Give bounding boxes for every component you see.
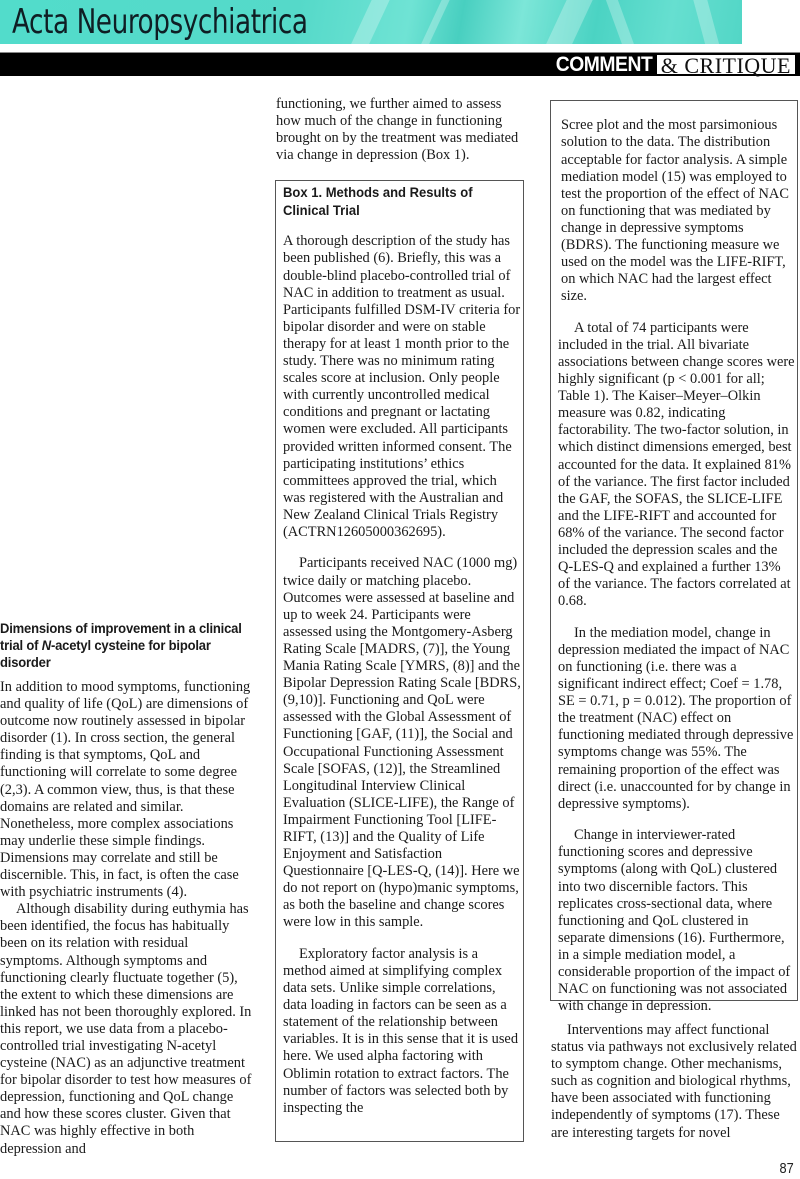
box-1-methods-results: Box 1. Methods and Results of Clinical T… [275, 180, 524, 1142]
article-title-italic: N [42, 637, 51, 653]
banner-texture [602, 0, 639, 44]
box-paragraph: A total of 74 participants were included… [558, 320, 796, 611]
banner-texture [414, 0, 455, 44]
box-1-continued-content: Scree plot and the most parsimonious sol… [558, 103, 796, 1030]
section-strip: COMMENT & CRITIQUE [0, 52, 800, 76]
column-left: Dimensions of improvement in a clinical … [0, 620, 252, 1158]
journal-title: Acta Neuropsychiatrica [12, 1, 308, 43]
box-paragraph: Scree plot and the most parsimonious sol… [558, 117, 796, 305]
box-paragraph: In the mediation model, change in depres… [558, 625, 796, 813]
section-label: COMMENT & CRITIQUE [547, 54, 796, 75]
body-paragraph: Although disability during euthymia has … [0, 901, 252, 1157]
body-paragraph: Interventions may affect functional stat… [551, 1022, 799, 1142]
page-number: 87 [780, 1160, 794, 1177]
column-middle-intro: functioning, we further aimed to assess … [276, 96, 526, 164]
banner-texture [691, 0, 724, 44]
box-title: Box 1. Methods and Results of Clinical T… [283, 183, 516, 219]
body-paragraph: In addition to mood symptoms, functionin… [0, 679, 252, 901]
journal-banner: Acta Neuropsychiatrica [0, 0, 742, 44]
column-right-tail: Interventions may affect functional stat… [551, 1022, 799, 1142]
box-paragraph: Change in interviewer-rated functioning … [558, 827, 796, 1015]
body-paragraph: functioning, we further aimed to assess … [276, 96, 526, 164]
box-paragraph: Participants received NAC (1000 mg) twic… [283, 555, 521, 931]
box-paragraph: Exploratory factor analysis is a method … [283, 946, 521, 1117]
box-1-content: Box 1. Methods and Results of Clinical T… [283, 183, 521, 1131]
banner-texture [344, 0, 395, 44]
box-1-continued: Scree plot and the most parsimonious sol… [550, 100, 798, 1001]
banner-texture [539, 0, 598, 44]
section-label-comment: COMMENT [555, 54, 655, 75]
section-label-critique: & CRITIQUE [656, 54, 796, 75]
article-title: Dimensions of improvement in a clinical … [0, 620, 251, 671]
box-paragraph: A thorough description of the study has … [283, 233, 521, 541]
